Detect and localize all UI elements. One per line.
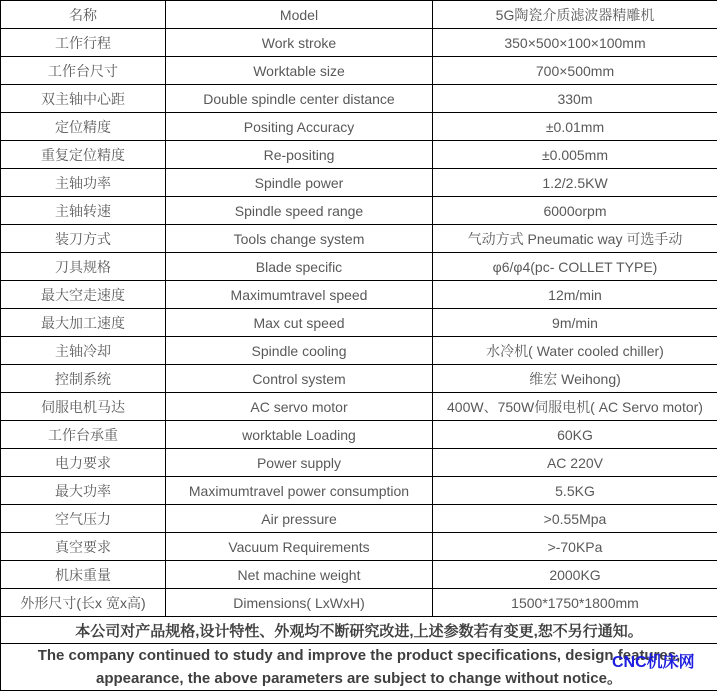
cell-name-cn: 最大功率 (1, 477, 166, 505)
cell-name-cn: 最大空走速度 (1, 281, 166, 309)
table-row: 最大加工速度Max cut speed9m/min (1, 309, 717, 337)
cell-name-en: Dimensions( LxWxH) (166, 589, 433, 617)
table-row: 最大空走速度Maximumtravel speed12m/min (1, 281, 717, 309)
cell-value: >-70KPa (433, 533, 717, 561)
cell-name-cn: 空气压力 (1, 505, 166, 533)
cell-value: φ6/φ4(pc- COLLET TYPE) (433, 253, 717, 281)
table-row: 主轴冷却Spindle cooling水冷机( Water cooled chi… (1, 337, 717, 365)
cell-name-cn: 电力要求 (1, 449, 166, 477)
cell-value: 6000orpm (433, 197, 717, 225)
cell-name-cn: 主轴功率 (1, 169, 166, 197)
cell-name-en: Positing Accuracy (166, 113, 433, 141)
table-row: 名称Model5G陶瓷介质滤波器精雕机 (1, 1, 717, 29)
cell-name-cn: 最大加工速度 (1, 309, 166, 337)
cell-name-en: Spindle cooling (166, 337, 433, 365)
cell-name-en: Worktable size (166, 57, 433, 85)
table-row: 重复定位精度Re-positing±0.005mm (1, 141, 717, 169)
cell-value: 9m/min (433, 309, 717, 337)
cell-name-en: worktable Loading (166, 421, 433, 449)
table-row: 主轴转速Spindle speed range6000orpm (1, 197, 717, 225)
cell-name-en: Re-positing (166, 141, 433, 169)
table-row: 最大功率Maximumtravel power consumption5.5KG (1, 477, 717, 505)
cell-value: 气动方式 Pneumatic way 可选手动 (433, 225, 717, 253)
cell-name-cn: 名称 (1, 1, 166, 29)
cell-name-en: Vacuum Requirements (166, 533, 433, 561)
table-row: 装刀方式Tools change system气动方式 Pneumatic wa… (1, 225, 717, 253)
cell-name-cn: 机床重量 (1, 561, 166, 589)
cell-name-en: Maximumtravel power consumption (166, 477, 433, 505)
cell-name-en: Model (166, 1, 433, 29)
cell-value: 5.5KG (433, 477, 717, 505)
cell-value: 60KG (433, 421, 717, 449)
cell-name-cn: 主轴转速 (1, 197, 166, 225)
cell-value: >0.55Mpa (433, 505, 717, 533)
cell-value: 1.2/2.5KW (433, 169, 717, 197)
cell-name-en: Control system (166, 365, 433, 393)
cell-name-cn: 伺服电机马达 (1, 393, 166, 421)
table-row: 机床重量Net machine weight2000KG (1, 561, 717, 589)
cell-name-cn: 真空要求 (1, 533, 166, 561)
table-row: 工作台尺寸Worktable size700×500mm (1, 57, 717, 85)
cell-name-en: Spindle power (166, 169, 433, 197)
spec-table: 名称Model5G陶瓷介质滤波器精雕机工作行程Work stroke350×50… (0, 0, 717, 691)
cell-name-en: Tools change system (166, 225, 433, 253)
table-row: 工作台承重worktable Loading60KG (1, 421, 717, 449)
footer-notice-chinese: 本公司对产品规格,设计特性、外观均不断研究改进,上述参数若有变更,恕不另行通知。 (1, 617, 717, 644)
cell-value: ±0.01mm (433, 113, 717, 141)
cell-value: 400W、750W伺服电机( AC Servo motor) (433, 393, 717, 421)
cell-name-en: Maximumtravel speed (166, 281, 433, 309)
cell-name-en: Net machine weight (166, 561, 433, 589)
cell-value: 5G陶瓷介质滤波器精雕机 (433, 1, 717, 29)
cell-name-cn: 主轴冷却 (1, 337, 166, 365)
cell-name-cn: 控制系统 (1, 365, 166, 393)
table-row: 空气压力Air pressure>0.55Mpa (1, 505, 717, 533)
cell-value: AC 220V (433, 449, 717, 477)
footer-notice-english-line2: appearance, the above parameters are sub… (4, 667, 714, 690)
spec-footer: 本公司对产品规格,设计特性、外观均不断研究改进,上述参数若有变更,恕不另行通知。… (1, 617, 717, 691)
table-row: 刀具规格Blade specificφ6/φ4(pc- COLLET TYPE) (1, 253, 717, 281)
table-row: 真空要求Vacuum Requirements>-70KPa (1, 533, 717, 561)
cell-value: 330m (433, 85, 717, 113)
cell-name-cn: 重复定位精度 (1, 141, 166, 169)
cell-name-en: Blade specific (166, 253, 433, 281)
table-row: 工作行程Work stroke350×500×100×100mm (1, 29, 717, 57)
cell-value: 维宏 Weihong) (433, 365, 717, 393)
cell-name-cn: 装刀方式 (1, 225, 166, 253)
cell-value: 350×500×100×100mm (433, 29, 717, 57)
cell-name-cn: 工作台尺寸 (1, 57, 166, 85)
cell-value: 12m/min (433, 281, 717, 309)
cell-name-cn: 工作行程 (1, 29, 166, 57)
cell-name-cn: 双主轴中心距 (1, 85, 166, 113)
table-row: 控制系统Control system维宏 Weihong) (1, 365, 717, 393)
footer-row-english: The company continued to study and impro… (1, 644, 717, 691)
cell-name-en: Air pressure (166, 505, 433, 533)
cell-name-cn: 工作台承重 (1, 421, 166, 449)
table-row: 外形尺寸(长x 宽x高)Dimensions( LxWxH)1500*1750*… (1, 589, 717, 617)
cell-name-cn: 刀具规格 (1, 253, 166, 281)
cell-name-en: Spindle speed range (166, 197, 433, 225)
cell-name-en: AC servo motor (166, 393, 433, 421)
table-row: 定位精度Positing Accuracy±0.01mm (1, 113, 717, 141)
cell-name-en: Double spindle center distance (166, 85, 433, 113)
table-row: 双主轴中心距Double spindle center distance330m (1, 85, 717, 113)
cell-value: 1500*1750*1800mm (433, 589, 717, 617)
cell-value: 700×500mm (433, 57, 717, 85)
cell-value: 水冷机( Water cooled chiller) (433, 337, 717, 365)
cell-value: 2000KG (433, 561, 717, 589)
table-row: 伺服电机马达AC servo motor400W、750W伺服电机( AC Se… (1, 393, 717, 421)
footer-row-chinese: 本公司对产品规格,设计特性、外观均不断研究改进,上述参数若有变更,恕不另行通知。 (1, 617, 717, 644)
cnc-site-watermark-link[interactable]: CNC机床网 (612, 649, 695, 672)
cell-value: ±0.005mm (433, 141, 717, 169)
table-row: 电力要求Power supplyAC 220V (1, 449, 717, 477)
footer-notice-english-line1: The company continued to study and impro… (4, 644, 714, 667)
cell-name-cn: 定位精度 (1, 113, 166, 141)
footer-notice-english: The company continued to study and impro… (1, 644, 717, 691)
cell-name-en: Max cut speed (166, 309, 433, 337)
cell-name-en: Power supply (166, 449, 433, 477)
table-row: 主轴功率Spindle power1.2/2.5KW (1, 169, 717, 197)
cell-name-en: Work stroke (166, 29, 433, 57)
spec-rows: 名称Model5G陶瓷介质滤波器精雕机工作行程Work stroke350×50… (1, 1, 717, 617)
cell-name-cn: 外形尺寸(长x 宽x高) (1, 589, 166, 617)
